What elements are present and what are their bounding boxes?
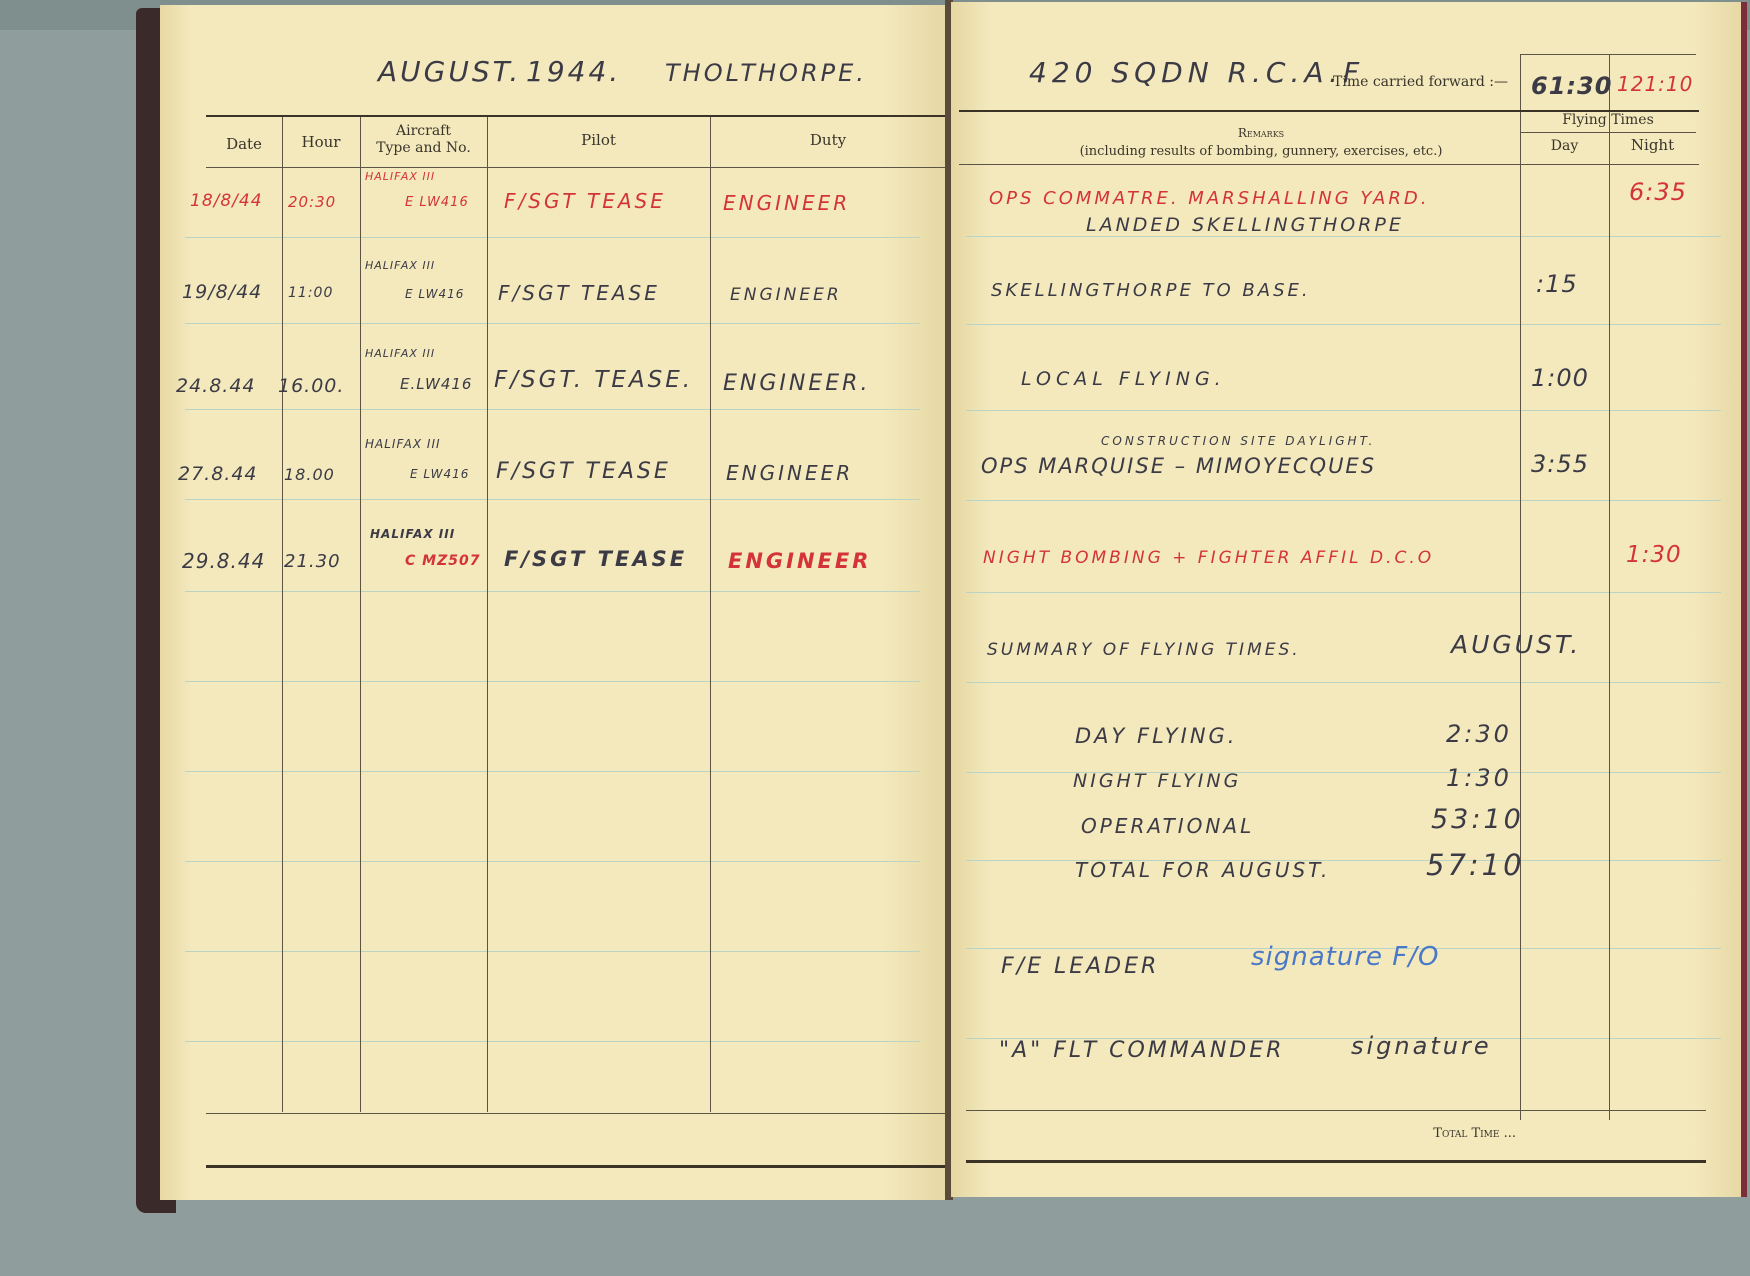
header-bottom-rule: [206, 167, 946, 168]
entry-aircraft-type: HALIFAX III: [365, 259, 435, 272]
entry-date: 27.8.44: [178, 463, 258, 485]
summary-value: 2:30: [1446, 720, 1512, 748]
carried-forward-night: 121:10: [1617, 72, 1693, 96]
flt-commander-signature: signature: [1351, 1032, 1492, 1060]
entry-aircraft-no: E LW416: [405, 195, 469, 210]
logbook-right-page: 420 SQDN R.C.A.F Time carried forward :—…: [951, 2, 1747, 1197]
summary-label: OPERATIONAL: [1081, 814, 1254, 838]
entry-hour: 18.00: [284, 465, 335, 484]
column-header-aircraft: Aircraft Type and No.: [360, 123, 487, 157]
column-header-date: Date: [206, 135, 282, 153]
column-header-hour: Hour: [282, 133, 360, 151]
entry-hour: 11:00: [288, 285, 333, 301]
fe-leader-signature: signature F/O: [1251, 942, 1440, 972]
summary-value: 1:30: [1446, 764, 1512, 792]
entry-pilot: F/SGT TEASE: [498, 281, 660, 305]
summary-value: 57:10: [1426, 848, 1525, 882]
summary-label: DAY FLYING.: [1075, 724, 1238, 748]
entry-duty: ENGINEER: [730, 285, 842, 305]
entry-duty: ENGINEER: [728, 549, 871, 573]
column-header-pilot: Pilot: [487, 131, 710, 149]
entry-date: 24.8.44: [176, 375, 256, 397]
header-month: AUGUST.: [378, 55, 521, 88]
fe-leader-label: F/E LEADER: [1001, 954, 1159, 979]
entry-aircraft-no: E LW416: [405, 287, 464, 301]
carried-forward-day: 61:30: [1531, 72, 1612, 100]
entry-hour: 21.30: [284, 551, 341, 572]
entry-aircraft-no: E.LW416: [400, 375, 472, 393]
column-header-night: Night: [1609, 136, 1696, 154]
summary-month: AUGUST.: [1451, 630, 1581, 659]
entry-duty: ENGINEER: [726, 461, 853, 485]
entry-pilot: F/SGT TEASE: [504, 547, 687, 571]
column-header-remarks: Remarks: [1011, 126, 1511, 140]
entry-date: 18/8/44: [190, 191, 263, 211]
remark-text: SKELLINGTHORPE TO BASE.: [991, 280, 1311, 301]
entry-date: 29.8.44: [182, 549, 265, 573]
entry-aircraft-no: C MZ507: [405, 553, 480, 569]
entry-aircraft-no: E LW416: [410, 467, 469, 481]
column-header-duty: Duty: [710, 131, 946, 149]
time-carried-forward-label: Time carried forward :—: [1333, 74, 1508, 90]
remark-text: OPS MARQUISE – MIMOYECQUES: [981, 454, 1376, 478]
remark-day-time: 1:00: [1531, 364, 1589, 392]
column-header-day: Day: [1520, 138, 1609, 154]
summary-label: NIGHT FLYING: [1073, 770, 1241, 792]
header-squadron: 420 SQDN R.C.A.F: [1029, 56, 1364, 89]
column-header-remarks-subtitle: (including results of bombing, gunnery, …: [1011, 144, 1511, 159]
entry-hour: 16.00.: [278, 375, 344, 397]
total-time-label: Total Time ...: [1391, 1126, 1516, 1141]
entry-duty: ENGINEER: [723, 191, 850, 215]
logbook-left-page: AUGUST. 1944. THOLTHORPE. Date Hour Airc…: [160, 5, 947, 1200]
entry-pilot: F/SGT. TEASE.: [494, 367, 693, 393]
remark-night-time: 6:35: [1629, 178, 1687, 206]
entry-aircraft-type: HALIFAX III: [370, 527, 455, 541]
entry-aircraft-type: HALIFAX III: [365, 437, 441, 451]
remark-night-time: 1:30: [1626, 542, 1682, 568]
header-rule: [206, 115, 946, 117]
remark-text: OPS COMMATRE. MARSHALLING YARD.: [989, 188, 1429, 209]
header-year: 1944.: [526, 55, 621, 88]
remark-text-line2: LANDED SKELLINGTHORPE: [1086, 214, 1404, 236]
entry-pilot: F/SGT TEASE: [504, 189, 666, 213]
entry-hour: 20:30: [288, 193, 336, 211]
remark-annotation: CONSTRUCTION SITE DAYLIGHT.: [1101, 434, 1375, 448]
remark-text: NIGHT BOMBING + FIGHTER AFFIL D.C.O: [983, 548, 1434, 568]
header-station: THOLTHORPE.: [665, 59, 867, 87]
remark-day-time: :15: [1536, 270, 1578, 298]
entry-aircraft-type: HALIFAX III: [365, 347, 435, 360]
flt-commander-label: "A" FLT COMMANDER: [999, 1038, 1284, 1063]
entry-pilot: F/SGT TEASE: [496, 459, 671, 484]
summary-label: TOTAL FOR AUGUST.: [1075, 858, 1330, 882]
remark-text: LOCAL FLYING.: [1021, 368, 1226, 390]
entry-duty: ENGINEER.: [723, 371, 870, 396]
remark-day-time: 3:55: [1531, 450, 1589, 478]
flying-times-header: Flying Times: [1520, 112, 1696, 128]
summary-title: SUMMARY OF FLYING TIMES.: [987, 640, 1301, 660]
summary-value: 53:10: [1431, 804, 1524, 835]
entry-date: 19/8/44: [182, 281, 262, 303]
entry-aircraft-type: HALIFAX III: [365, 170, 435, 183]
